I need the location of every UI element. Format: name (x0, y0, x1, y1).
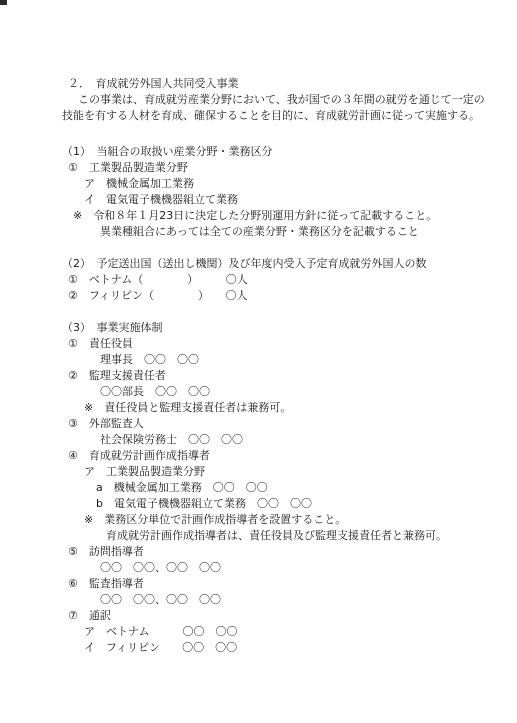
text-line: ① ベトナム（ ） 〇人 (62, 272, 492, 288)
section-block: （1） 当組合の取扱い産業分野・業務区分① 工業製品製造業分野ア 機械金属加工業… (62, 144, 492, 240)
section-heading: （1） 当組合の取扱い産業分野・業務区分 (62, 144, 492, 160)
document-body: ２． 育成就労外国人共同受入事業 この事業は、育成就労産業分野において、我が国で… (62, 76, 492, 656)
section-block: （2） 予定送出国（送出し機関）及び年度内受入予定育成就労外国人の数① ベトナム… (62, 256, 492, 304)
text-line: ② 監理支援責任者 (62, 368, 492, 384)
section-heading: （2） 予定送出国（送出し機関）及び年度内受入予定育成就労外国人の数 (62, 256, 492, 272)
text-line: ⑤ 訪問指導者 (62, 544, 492, 560)
document-title: ２． 育成就労外国人共同受入事業 (62, 76, 492, 92)
text-line: ※ 業務区分単位で計画作成指導者を設置すること。 (62, 512, 492, 528)
text-line: 社会保険労務士 〇〇 〇〇 (62, 432, 492, 448)
text-line: ① 工業製品製造業分野 (62, 160, 492, 176)
text-line: 異業種組合にあっては全ての産業分野・業務区分を記載すること (62, 224, 492, 240)
text-line: ① 責任役員 (62, 336, 492, 352)
text-line: 理事長 〇〇 〇〇 (62, 352, 492, 368)
section-block: （3） 事業実施体制① 責任役員理事長 〇〇 〇〇② 監理支援責任者〇〇部長 〇… (62, 320, 492, 656)
text-line: 育成就労計画作成指導者は、責任役員及び監理支援責任者と兼務可。 (62, 528, 492, 544)
section-heading: （3） 事業実施体制 (62, 320, 492, 336)
text-line: ⑥ 監査指導者 (62, 576, 492, 592)
text-line: 〇〇部長 〇〇 〇〇 (62, 384, 492, 400)
text-line: ※ 責任役員と監理支援責任者は兼務可。 (62, 400, 492, 416)
text-line: ② フィリピン（ ） 〇人 (62, 288, 492, 304)
text-line: ア 工業製品製造業分野 (62, 464, 492, 480)
text-line: イ 電気電子機機器組立て業務 (62, 192, 492, 208)
text-line: ⑦ 通訳 (62, 608, 492, 624)
text-line: ア 機械金属加工業務 (62, 176, 492, 192)
document-page: ２． 育成就労外国人共同受入事業 この事業は、育成就労産業分野において、我が国で… (0, 0, 517, 723)
scan-artifact (0, 0, 7, 5)
text-line: ※ 令和８年１月23日に決定した分野別運用方針に従って記載すること。 (62, 208, 492, 224)
intro-paragraph: この事業は、育成就労産業分野において、我が国での３年間の就労を通じて一定の技能を… (62, 92, 492, 124)
text-line: 〇〇 〇〇、〇〇 〇〇 (62, 560, 492, 576)
text-line: ④ 育成就労計画作成指導者 (62, 448, 492, 464)
text-line: イ フィリピン 〇〇 〇〇 (62, 640, 492, 656)
intro-line: この事業は、育成就労産業分野において、我が国での３年間の就労を通じて一定の (62, 92, 492, 108)
text-line: b 電気電子機機器組立て業務 〇〇 〇〇 (62, 496, 492, 512)
text-line: ③ 外部監査人 (62, 416, 492, 432)
intro-line: 技能を有する人材を育成、確保することを目的に、育成就労計画に従って実施する。 (62, 108, 492, 124)
text-line: 〇〇 〇〇、〇〇 〇〇 (62, 592, 492, 608)
text-line: a 機械金属加工業務 〇〇 〇〇 (62, 480, 492, 496)
sections: （1） 当組合の取扱い産業分野・業務区分① 工業製品製造業分野ア 機械金属加工業… (62, 144, 492, 656)
text-line: ア ベトナム 〇〇 〇〇 (62, 624, 492, 640)
